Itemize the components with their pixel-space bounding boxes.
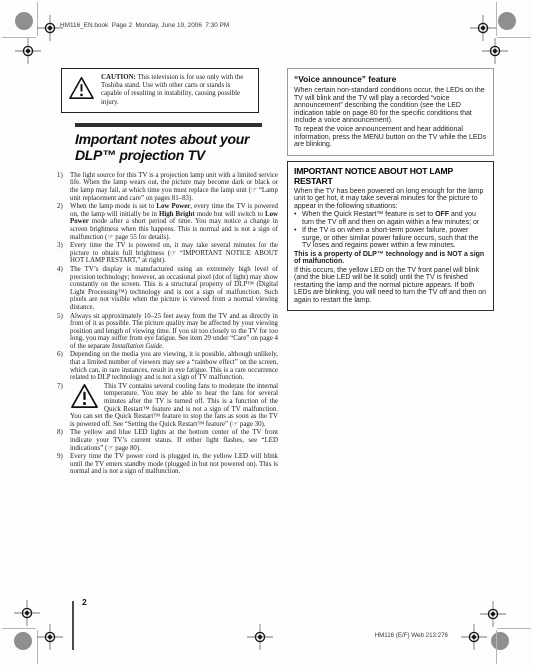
caution-label: CAUTION: [101, 74, 136, 81]
list-item: 9) Every time the TV power cord is plugg… [48, 453, 278, 476]
right-column: “Voice announce” feature When certain no… [287, 60, 494, 311]
warning-triangle-icon [68, 76, 95, 105]
print-footer: HM116 (E/F) Web 213:276 [375, 632, 448, 639]
registration-mark-icon [461, 624, 487, 650]
trim-line [497, 628, 531, 629]
list-item: 5) Always sit approximately 10–25 feet a… [48, 313, 278, 351]
color-registration-dot [498, 12, 516, 30]
voice-announce-paragraph: To repeat the voice announcement and hea… [294, 126, 487, 149]
list-item: 6) Depending on the media you are viewin… [48, 351, 278, 381]
item-number: 7) [57, 383, 70, 429]
list-item: 2) When the lamp mode is set to Low Powe… [48, 203, 278, 241]
item-number: 2) [57, 203, 70, 241]
trim-line [496, 2, 497, 36]
warning-triangle-icon [70, 383, 99, 412]
trim-line [2, 628, 36, 629]
print-header: HM116_EN.book Page 2 Monday, June 19, 20… [60, 22, 229, 29]
voice-announce-title: “Voice announce” feature [294, 74, 487, 84]
item-number: 6) [57, 351, 70, 381]
item-number: 1) [57, 172, 70, 202]
notice-bold-statement: This is a property of DLP™ technology an… [294, 251, 487, 266]
registration-mark-icon [15, 38, 41, 64]
color-registration-dot [491, 632, 509, 650]
left-column: CAUTION: This television is for use only… [48, 60, 278, 477]
list-item: 3) Every time the TV is powered on, it m… [48, 242, 278, 265]
item-number: 5) [57, 313, 70, 351]
color-registration-dot [15, 12, 33, 30]
hot-lamp-restart-box: IMPORTANT NOTICE ABOUT HOT LAMP RESTART … [287, 161, 494, 312]
page-title: Important notes about your DLP™ projecti… [75, 131, 278, 163]
section-rule [75, 123, 262, 127]
voice-announce-paragraph: When certain non-standard conditions occ… [294, 87, 487, 125]
list-item: 4) The TV’s display is manufactured usin… [48, 266, 278, 312]
footer-divider [72, 601, 74, 650]
registration-mark-icon [37, 624, 63, 650]
bullet-marker: • [294, 227, 302, 250]
color-registration-dot [14, 632, 32, 650]
page-number: 2 [82, 597, 87, 607]
list-item: 8) The yellow and blue LED lights at the… [48, 429, 278, 452]
voice-announce-box: “Voice announce” feature When certain no… [287, 68, 494, 156]
notice-bullet-list: • When the Quick Restart™ feature is set… [294, 211, 487, 250]
manual-page: HM116_EN.book Page 2 Monday, June 19, 20… [0, 0, 533, 666]
list-item: 1) The light source for this TV is a pro… [48, 172, 278, 202]
bullet-item: • If the TV is on when a short-term powe… [294, 227, 487, 250]
bullet-marker: • [294, 211, 302, 226]
notice-intro: When the TV has been powered on long eno… [294, 188, 487, 211]
registration-mark-icon [247, 624, 273, 650]
notes-list: 1) The light source for this TV is a pro… [48, 172, 278, 476]
hot-lamp-restart-title: IMPORTANT NOTICE ABOUT HOT LAMP RESTART [294, 166, 487, 186]
trim-line [496, 630, 497, 664]
caution-text: CAUTION: This television is for use only… [101, 74, 252, 107]
registration-mark-icon [14, 600, 40, 626]
item-number: 9) [57, 453, 70, 476]
bullet-item: • When the Quick Restart™ feature is set… [294, 211, 487, 226]
item-number: 3) [57, 242, 70, 265]
caution-box: CAUTION: This television is for use only… [61, 68, 259, 113]
item-number: 4) [57, 266, 70, 312]
list-item: 7) This TV contains several cooling fans… [48, 383, 278, 429]
notice-closing: If this occurs, the yellow LED on the TV… [294, 267, 487, 305]
item-number: 8) [57, 429, 70, 452]
